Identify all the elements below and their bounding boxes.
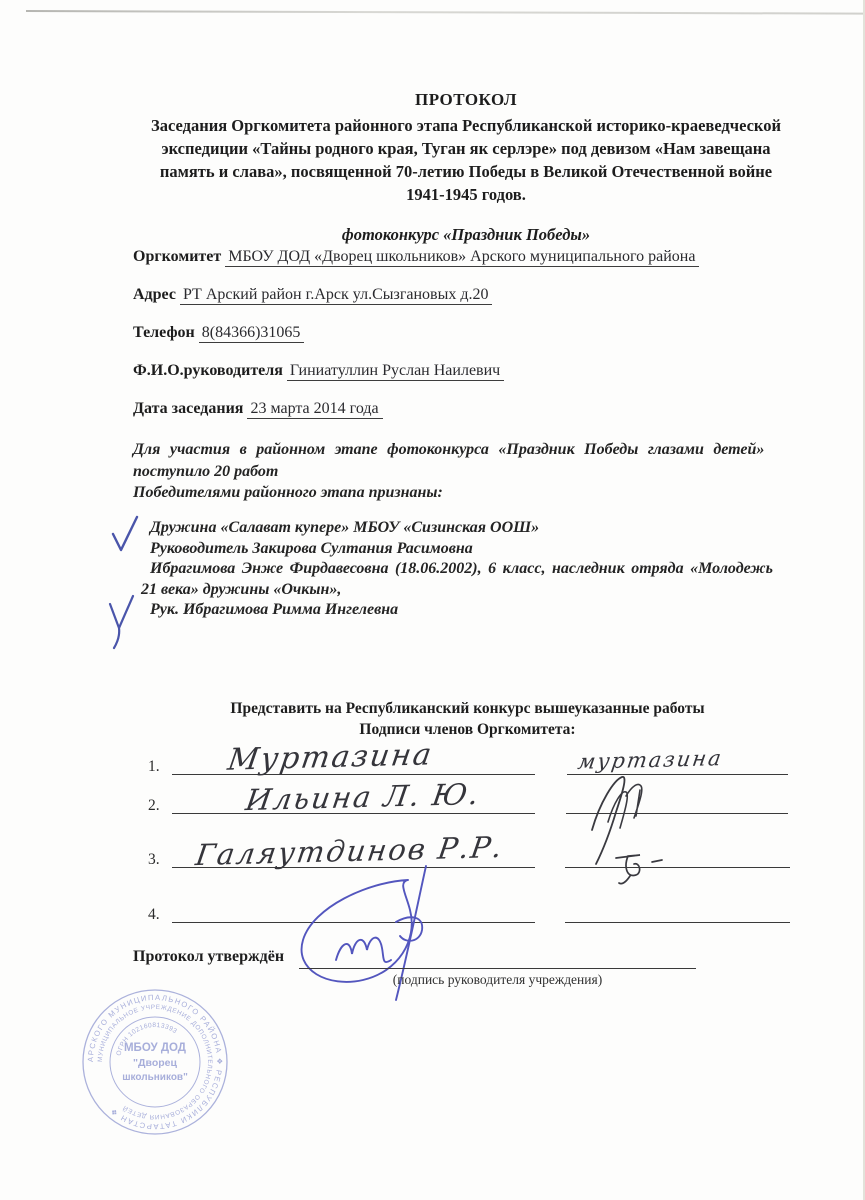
page-title: ПРОТОКОЛ [130,88,802,111]
signature-row-number: 4. [148,906,160,924]
signature-line-right [565,922,790,923]
pen-scrawl-signature [578,772,708,887]
checkmark-icon [110,596,133,648]
signature-row-number: 1. [148,758,160,776]
field-label: Телефон [133,324,195,341]
stamp-center-line2: "Дворец [133,1057,177,1069]
field-value-underlined: 23 марта 2014 года [247,400,382,419]
signature-row-number: 3. [148,851,160,869]
form-fields: Оргкомитет МБОУ ДОД «Дворец школьников» … [133,248,699,438]
winner-line: Дружина «Салават купере» МБОУ «Сизинская… [150,518,773,539]
field-orgkomitet: Оргкомитет МБОУ ДОД «Дворец школьников» … [133,248,699,286]
winner-line: Руководитель Закирова Султания Расимовна [150,539,773,560]
field-director: Ф.И.О.руководителя Гиниатуллин Руслан На… [133,362,699,400]
stamp-center-line1: МБОУ ДОД [124,1042,186,1054]
intro-paragraph: Для участия в районном этапе фотоконкурс… [133,439,802,504]
signature-row-number: 2. [148,797,160,815]
contest-subtitle: фотоконкурс «Праздник Победы» [130,223,802,246]
field-label: Адрес [133,286,176,303]
directive-line: Представить на Республиканский конкурс в… [133,698,802,719]
field-label: Оргкомитет [133,248,221,265]
round-stamp: АРСКОГО МУНИЦИПАЛЬНОГО РАЙОНА ❖ РЕСПУБЛИ… [72,983,238,1143]
field-date: Дата заседания 23 марта 2014 года [133,400,699,438]
intro-line: Для участия в районном этапе фотоконкурс… [133,439,802,461]
directive-line: Подписи членов Оргкомитета: [133,719,802,740]
approved-caption: (подпись руководителя учреждения) [299,972,696,988]
approved-signature-line [299,968,696,969]
pen-checkmarks [103,512,149,652]
field-value-underlined: МБОУ ДОД «Дворец школьников» Арского мун… [225,248,699,267]
approved-label: Протокол утверждён [133,948,284,966]
handwritten-name: Муртазина [225,737,435,778]
intro-line: Победителями районного этапа признаны: [133,482,802,504]
winner-line: 21 века» дружины «Очкын», [141,580,773,601]
heading-line: 1941-1945 годов. [130,183,802,206]
field-phone: Телефон 8(84366)31065 [133,324,699,362]
winner-line: Рук. Ибрагимова Римма Ингелевна [150,600,773,621]
field-address: Адрес РТ Арский район г.Арск ул.Сызганов… [133,286,699,324]
handwritten-name: Ильина Л. Ю. [243,777,482,817]
field-value-underlined: 8(84366)31065 [199,324,305,343]
handwritten-signature: муртазина [576,746,724,774]
stamp-center-line3: школьников" [122,1072,188,1083]
field-value-underlined: Гиниатуллин Руслан Наилевич [287,362,504,381]
field-label: Ф.И.О.руководителя [133,362,283,379]
winner-line: Ибрагимова Энже Фирдавесовна (18.06.2002… [150,559,773,580]
heading-line: Заседания Оргкомитета районного этапа Ре… [130,114,802,137]
intro-line: поступило 20 работ [133,461,802,483]
heading-line: экспедиции «Тайны родного края, Туган як… [130,137,802,160]
directive-block: Представить на Республиканский конкурс в… [133,698,802,740]
scanned-protocol-document: ПРОТОКОЛ Заседания Оргкомитета районного… [0,0,865,1200]
field-label: Дата заседания [133,400,243,417]
heading-line: память и слава», посвященной 70-летию По… [130,160,802,183]
field-value-underlined: РТ Арский район г.Арск ул.Сызгановых д.2… [180,286,493,305]
scan-edge-artifact [26,10,865,14]
checkmark-icon [113,517,137,550]
document-heading: ПРОТОКОЛ Заседания Оргкомитета районного… [130,88,802,246]
winners-list: Дружина «Салават купере» МБОУ «Сизинская… [150,518,773,621]
